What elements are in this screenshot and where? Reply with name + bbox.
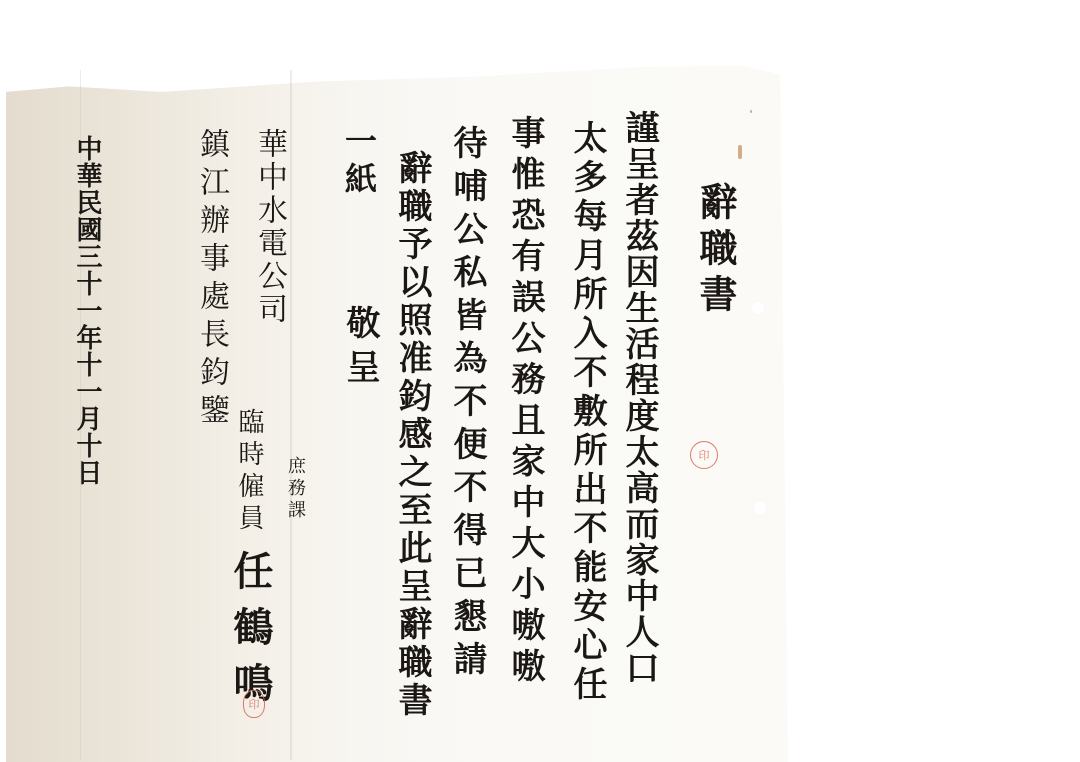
closing-salutation: 敬呈 [343,305,377,393]
body-column-4: 待哺公私皆為不便不得已懇請 [450,125,484,684]
punch-hole [754,502,766,514]
body-column-2: 太多每月所入不敷所出不能安心任 [570,120,604,705]
body-column-1: 謹呈者茲因生活程度太高而家中人口 [622,110,656,686]
addressee-company: 華中水電公司 [254,128,284,326]
body-column-6: 一紙 [343,124,375,200]
paper-crease [290,70,292,760]
body-column-3: 事惟恐有誤公務且家中大小嗷嗷 [508,115,542,689]
ink-stain [750,110,752,113]
upper-seal: 印 [690,441,718,469]
document-title: 辭職書 [696,182,734,320]
body-column-5: 辭職予以照准鈞感之至此呈辭職書 [395,150,429,720]
signatory-department: 庶務課 [286,456,304,522]
ink-stain [738,145,742,159]
document-date: 中華民國三十一年十一月十日 [74,135,100,486]
punch-hole [752,302,764,314]
name-seal: 印 [243,690,265,718]
signatory-position: 臨時僱員 [236,408,262,536]
addressee-office: 鎮江辦事處長鈞鑒 [196,128,226,432]
